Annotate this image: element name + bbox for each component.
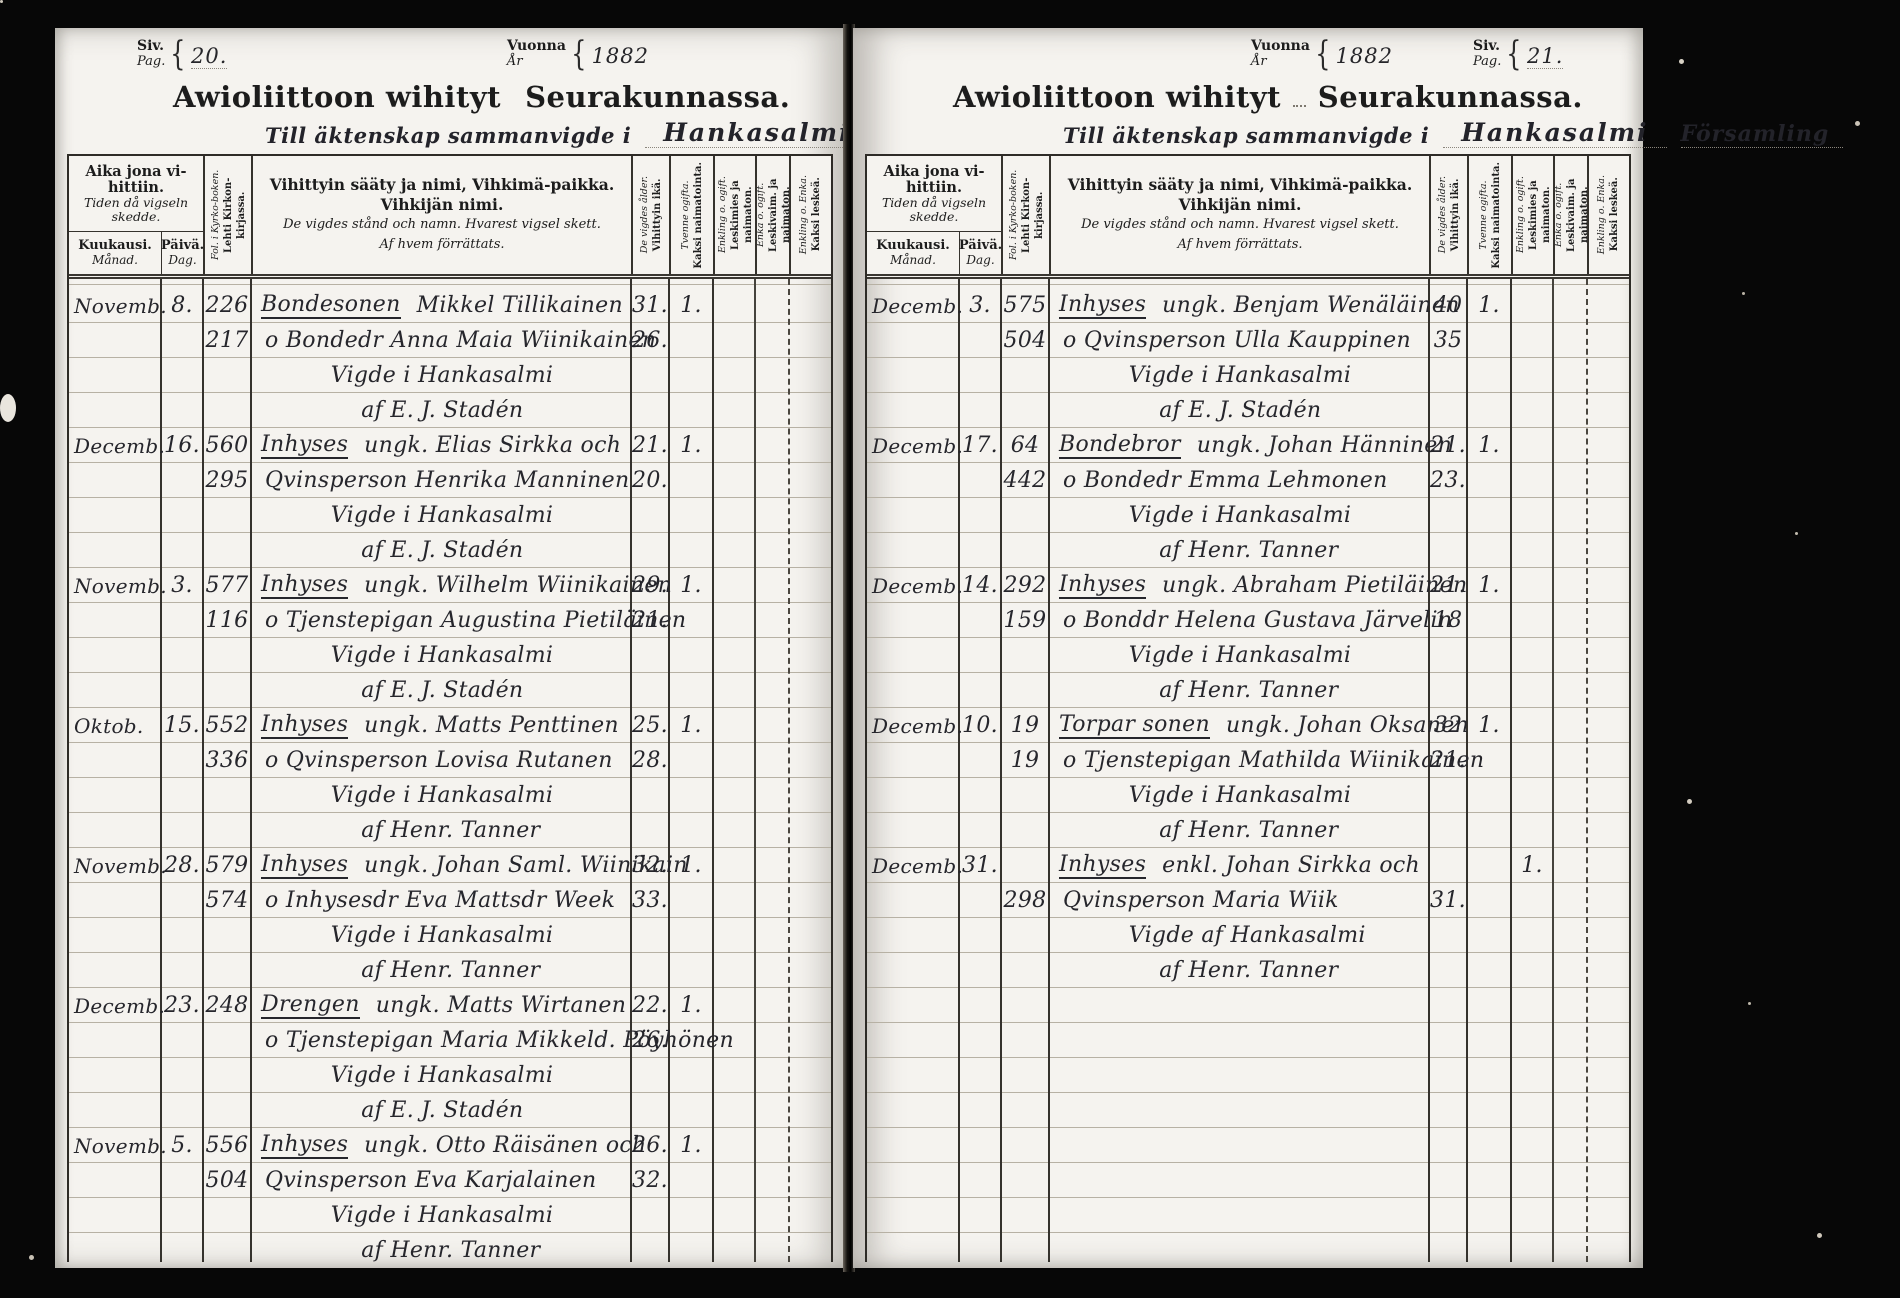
entry-day: 5. [161,1128,203,1163]
col-header-time: Aika jona vi- hittiin. Tiden då vigseln … [867,156,1001,274]
entry-mark-widow-unmarried [755,568,789,603]
entry-mark-widow-unmarried [1553,288,1587,323]
entry-mark-widow-unmarried [1553,848,1587,883]
entry-mark-two-unmarried: 1. [669,708,713,743]
page-title-row: Awioliittoon wihityt Seurakunnassa. [853,76,1643,112]
brace-glyph: { [571,34,586,74]
entry-groom-status: Inhyses [261,712,348,739]
page-title-seurakunnassa: Seurakunnassa. [525,82,790,112]
entry-groom-age: 21. [1429,568,1467,603]
entry-day: 31. [959,848,1001,883]
entry-mark-two-unmarried: 1. [669,288,713,323]
entry-month: Decemb. [867,568,959,603]
entry-mark-two-widowed [789,568,829,603]
entry-folio-groom: 64 [1001,428,1049,463]
page-title-finnish: Awioliittoon wihityt [953,82,1281,112]
marriage-entry: Decemb. 31. Inhyses enkl. Johan Sirkka o… [867,848,1629,988]
col-header-age: De vigdes ålder.Vihittyin ikä. [631,156,669,274]
subtitle-pre: Till äktenskap sammanvigde i [265,123,631,148]
entry-groom-line: Inhyses ungk. Wilhelm Wiinikainen [251,568,631,603]
entry-groom-age: 32. [631,848,669,883]
ar-label: År [1251,54,1310,69]
entry-groom-status: Inhyses [261,852,348,879]
col-header-two-unmarried: Tvenne ogifta.Kaksi naimatointa. [669,156,713,274]
entry-mark-widower-unmarried [713,1128,755,1163]
entry-month: Decemb. [867,708,959,743]
entry-groom-age: 29. [631,568,669,603]
entry-folio-groom: 560 [203,428,251,463]
entry-bride-age: 31. [1429,883,1467,918]
entry-place-line: Vigde i Hankasalmi [251,358,631,393]
marriage-entry: Decemb. 17. 64 Bondebror ungk. Johan Hän… [867,428,1629,568]
entry-place-line: Vigde i Hankasalmi [251,778,631,813]
entry-officiant-line: af E. J. Stadén [1049,393,1429,428]
entry-mark-widower-unmarried [713,848,755,883]
year-block: Vuonna År { 1882 [1251,34,1393,74]
entry-groom-name: ungk. Wilhelm Wiinikainen [364,573,672,598]
entry-bride-line: o Tjenstepigan Maria Mikkeld. Pöyhönen [251,1023,631,1058]
entry-month: Novemb. [69,848,161,883]
table-header: Aika jona vi- hittiin. Tiden då vigseln … [69,156,831,279]
entry-mark-two-unmarried: 1. [669,848,713,883]
brace-glyph: { [1315,34,1330,74]
entry-groom-age: 40 [1429,288,1467,323]
entry-groom-name: ungk. Johan Hänninen [1197,433,1452,458]
entry-mark-widower-unmarried [1511,708,1553,743]
entry-mark-two-unmarried: 1. [1467,568,1511,603]
entry-mark-two-unmarried [1467,848,1511,883]
entry-folio-groom: 575 [1001,288,1049,323]
handwritten-subtitle: Till äktenskap sammanvigde i Hankasalmi … [55,112,845,150]
marriage-entry: Oktob. 15. 552 Inhyses ungk. Matts Pentt… [69,708,831,848]
col-header-day: Päivä.Dag. [959,232,1001,274]
entry-bride-age: 21. [631,603,669,638]
entry-day: 10. [959,708,1001,743]
entry-folio-bride: 116 [203,603,251,638]
entry-bride-age: 33. [631,883,669,918]
entry-folio-groom: 552 [203,708,251,743]
entry-month: Oktob. [69,708,161,743]
entry-groom-line: Torpar sonen ungk. Johan Oksanen [1049,708,1429,743]
entry-mark-widower-unmarried [713,288,755,323]
scan-noise-specks [0,0,3,3]
entry-folio-bride: 574 [203,883,251,918]
entry-month: Novemb. [69,288,161,323]
pag-label: Pag. [1473,54,1501,69]
entry-folio-groom: 292 [1001,568,1049,603]
marriage-table: Aika jona vi- hittiin. Tiden då vigseln … [67,154,833,1262]
brace-glyph: { [171,34,186,74]
col-header-day: Päivä.Dag. [161,232,203,274]
entries-right: Decemb. 3. 575 Inhyses ungk. Benjam Wenä… [867,279,1629,988]
entry-place-line: Vigde af Hankasalmi [1049,918,1429,953]
entry-mark-widow-unmarried [755,988,789,1023]
page-title-seurakunnassa: Seurakunnassa. [1318,82,1583,112]
entry-groom-age [1429,848,1467,883]
year-value: 1882 [592,40,649,68]
entry-officiant-line: af Henr. Tanner [1049,673,1429,708]
col-header-widower-unmarried: Enkling o. ogift.Leskimies ja naimaton. [713,156,755,274]
table-body: Decemb. 3. 575 Inhyses ungk. Benjam Wenä… [867,279,1629,1262]
entry-groom-status: Inhyses [261,1132,348,1159]
entry-day: 8. [161,288,203,323]
entry-officiant-line: af E. J. Stadén [251,533,631,568]
marriage-entry: Decemb. 14. 292 Inhyses ungk. Abraham Pi… [867,568,1629,708]
entry-groom-line: Bondebror ungk. Johan Hänninen [1049,428,1429,463]
entry-bride-age: 26. [631,1023,669,1058]
entry-mark-two-widowed [789,288,829,323]
entry-folio-bride: 159 [1001,603,1049,638]
entry-folio-groom: 579 [203,848,251,883]
entry-groom-name: ungk. Benjam Wenäläinen [1162,293,1459,318]
entry-place-line: Vigde i Hankasalmi [251,918,631,953]
col-header-widow-unmarried: Enka o. ogift.Leskivaim. ja naimaton. [1553,156,1587,274]
entry-groom-name: ungk. Otto Räisänen och [364,1133,646,1158]
entry-folio-groom: 248 [203,988,251,1023]
entry-mark-two-widowed [1587,428,1627,463]
entry-bride-age: 26. [631,323,669,358]
scanned-marriage-register: Siv. Pag. { 20. Vuonna År { 1882 Awiolii… [0,0,1900,1298]
register-page-right: Vuonna År { 1882 Siv. Pag. { 21. Awiolii… [853,28,1643,1268]
entry-mark-widow-unmarried [1553,568,1587,603]
entry-place-line: Vigde i Hankasalmi [251,638,631,673]
entry-groom-name: Mikkel Tillikainen [417,293,623,318]
entry-folio-groom: 19 [1001,708,1049,743]
entry-month: Decemb. [867,288,959,323]
year-block: Vuonna År { 1882 [507,34,649,74]
entry-month: Decemb. [69,428,161,463]
entry-place-line: Vigde i Hankasalmi [1049,778,1429,813]
subtitle-pre: Till äktenskap sammanvigde i [1063,123,1429,148]
marriage-entry: Decemb. 3. 575 Inhyses ungk. Benjam Wenä… [867,288,1629,428]
entry-officiant-line: af Henr. Tanner [251,1233,631,1262]
siv-label: Siv. [1473,39,1501,54]
entry-groom-status: Inhyses [1059,292,1146,319]
entry-place-line: Vigde i Hankasalmi [1049,638,1429,673]
page-number-value: 20. [191,40,227,69]
entry-mark-two-widowed [789,988,829,1023]
entry-folio-groom [1001,848,1049,883]
entry-groom-line: Inhyses ungk. Abraham Pietiläinen [1049,568,1429,603]
entry-groom-name: ungk. Abraham Pietiläinen [1162,573,1467,598]
col-header-two-widowed: Enkling o. Enka.Kaksi leskeä. [1587,156,1627,274]
entry-mark-two-unmarried: 1. [1467,288,1511,323]
entry-groom-line: Inhyses ungk. Johan Saml. Wiinikain [251,848,631,883]
col-header-names: Vihittyin sääty ja nimi, Vihkimä-paikka.… [251,156,631,274]
entry-day: 28. [161,848,203,883]
entry-groom-line: Inhyses ungk. Benjam Wenäläinen [1049,288,1429,323]
entry-day: 3. [161,568,203,603]
entry-bride-line: Qvinsperson Maria Wiik [1049,883,1429,918]
entry-groom-status: Torpar sonen [1059,712,1210,739]
entry-mark-widow-unmarried [755,848,789,883]
entry-month: Decemb. [867,848,959,883]
entries-left: Novemb. 8. 226 Bondesonen Mikkel Tillika… [69,279,831,1262]
entry-bride-line: Qvinsperson Henrika Manninen [251,463,631,498]
entry-bride-line: o Tjenstepigan Mathilda Wiinikainen [1049,743,1429,778]
entry-mark-widower-unmarried [713,428,755,463]
vuonna-label: Vuonna [1251,39,1310,54]
entry-day: 15. [161,708,203,743]
year-value: 1882 [1336,40,1393,68]
entry-groom-name: enkl. Johan Sirkka och [1162,853,1420,878]
entry-mark-two-unmarried: 1. [669,1128,713,1163]
entry-bride-age: 28. [631,743,669,778]
entry-mark-two-widowed [789,1128,829,1163]
col-header-widower-unmarried: Enkling o. ogift.Leskimies ja naimaton. [1511,156,1553,274]
entry-mark-widow-unmarried [755,1128,789,1163]
entry-folio-bride: 336 [203,743,251,778]
entry-mark-widow-unmarried [755,288,789,323]
subtitle-post: Församling [1681,121,1844,148]
entry-bride-age: 32. [631,1163,669,1198]
entry-officiant-line: af Henr. Tanner [1049,533,1429,568]
col-header-folio: Fol. i Kyrko-boken.Lehti Kirkon-kirjassa… [203,156,251,274]
entry-day: 17. [959,428,1001,463]
entry-mark-two-unmarried: 1. [1467,428,1511,463]
entry-mark-widower-unmarried [713,708,755,743]
entry-month: Novemb. [69,568,161,603]
entry-folio-bride: 298 [1001,883,1049,918]
entry-folio-groom: 556 [203,1128,251,1163]
entry-groom-line: Inhyses ungk. Elias Sirkka och [251,428,631,463]
entry-folio-bride: 442 [1001,463,1049,498]
entry-groom-status: Inhyses [1059,852,1146,879]
entry-groom-age: 25. [631,708,669,743]
page-header-right: Vuonna År { 1882 Siv. Pag. { 21. [853,28,1643,76]
entry-bride-line: o Bonddr Helena Gustava Järvelin [1049,603,1429,638]
marriage-entry: Decemb. 16. 560 Inhyses ungk. Elias Sirk… [69,428,831,568]
entry-officiant-line: af E. J. Stadén [251,1093,631,1128]
siv-label: Siv. [137,39,165,54]
entry-place-line: Vigde i Hankasalmi [1049,498,1429,533]
entry-month: Decemb. [69,988,161,1023]
entry-mark-widower-unmarried [1511,288,1553,323]
entry-groom-name: ungk. Elias Sirkka och [364,433,621,458]
entry-groom-age: 26. [631,1128,669,1163]
entry-place-line: Vigde i Hankasalmi [251,498,631,533]
entry-mark-widow-unmarried [1553,428,1587,463]
entry-officiant-line: af Henr. Tanner [1049,813,1429,848]
col-header-month: Kuukausi.Månad. [69,232,161,274]
entry-groom-status: Drengen [261,992,360,1019]
entry-folio-bride: 504 [1001,323,1049,358]
entry-bride-age: 18 [1429,603,1467,638]
entry-folio-groom: 577 [203,568,251,603]
page-number-block: Siv. Pag. { 21. [1473,34,1563,74]
entry-bride-line: o Inhysesdr Eva Mattsdr Week [251,883,631,918]
marriage-entry: Novemb. 3. 577 Inhyses ungk. Wilhelm Wii… [69,568,831,708]
entry-groom-line: Inhyses enkl. Johan Sirkka och [1049,848,1429,883]
entry-officiant-line: af E. J. Stadén [251,673,631,708]
subtitle-parish-name: Hankasalmi [1443,118,1666,148]
pag-label: Pag. [137,54,165,69]
subtitle-parish-name: Hankasalmi [645,118,868,148]
col-header-folio: Fol. i Kyrko-boken.Lehti Kirkon-kirjassa… [1001,156,1049,274]
entry-groom-line: Bondesonen Mikkel Tillikainen [251,288,631,323]
col-header-two-widowed: Enkling o. Enka.Kaksi leskeä. [789,156,829,274]
entry-officiant-line: af Henr. Tanner [251,953,631,988]
entry-bride-line: o Bondedr Emma Lehmonen [1049,463,1429,498]
marriage-entry: Decemb. 10. 19 Torpar sonen ungk. Johan … [867,708,1629,848]
entry-folio-bride: 19 [1001,743,1049,778]
entry-bride-line: o Tjenstepigan Augustina Pietiläinen [251,603,631,638]
entry-day: 14. [959,568,1001,603]
entry-bride-age: 21. [1429,743,1467,778]
entry-mark-two-widowed [1587,848,1627,883]
entry-groom-age: 31. [631,288,669,323]
entry-groom-line: Drengen ungk. Matts Wirtanen [251,988,631,1023]
entry-mark-widow-unmarried [755,428,789,463]
entry-groom-status: Inhyses [261,572,348,599]
marriage-entry: Novemb. 8. 226 Bondesonen Mikkel Tillika… [69,288,831,428]
entry-bride-line: o Qvinsperson Ulla Kauppinen [1049,323,1429,358]
entry-officiant-line: af Henr. Tanner [1049,953,1429,988]
entry-mark-two-unmarried: 1. [669,428,713,463]
entry-mark-widower-unmarried [713,988,755,1023]
page-number-value: 21. [1527,40,1563,69]
entry-mark-widower-unmarried [1511,428,1553,463]
col-header-widow-unmarried: Enka o. ogift.Leskivaim. ja naimaton. [755,156,789,274]
entry-bride-age: 35 [1429,323,1467,358]
table-body: Novemb. 8. 226 Bondesonen Mikkel Tillika… [69,279,831,1262]
entry-mark-two-widowed [789,428,829,463]
marriage-entry: Decemb. 23. 248 Drengen ungk. Matts Wirt… [69,988,831,1128]
marriage-entry: Novemb. 5. 556 Inhyses ungk. Otto Räisän… [69,1128,831,1262]
entry-day: 16. [161,428,203,463]
dotted-leader [1293,105,1306,107]
table-header: Aika jona vi- hittiin. Tiden då vigseln … [867,156,1629,279]
entry-folio-bride: 217 [203,323,251,358]
entry-groom-line: Inhyses ungk. Matts Penttinen [251,708,631,743]
col-header-names: Vihittyin sääty ja nimi, Vihkimä-paikka.… [1049,156,1429,274]
register-page-left: Siv. Pag. { 20. Vuonna År { 1882 Awiolii… [55,28,845,1268]
entry-mark-two-widowed [1587,708,1627,743]
entry-mark-two-unmarried: 1. [669,988,713,1023]
entry-mark-two-unmarried: 1. [669,568,713,603]
entry-groom-age: 21. [1429,428,1467,463]
entry-bride-line: Qvinsperson Eva Karjalainen [251,1163,631,1198]
col-header-month: Kuukausi.Månad. [867,232,959,274]
entry-groom-age: 21. [631,428,669,463]
entry-groom-status: Inhyses [1059,572,1146,599]
entry-groom-line: Inhyses ungk. Otto Räisänen och [251,1128,631,1163]
scan-edge-blob [0,394,16,422]
brace-glyph: { [1507,34,1522,74]
page-title-row: Awioliittoon wihityt Seurakunnassa. [55,76,845,112]
entry-folio-groom: 226 [203,288,251,323]
entry-mark-two-unmarried: 1. [1467,708,1511,743]
ar-label: År [507,54,566,69]
entry-mark-widower-unmarried: 1. [1511,848,1553,883]
entry-folio-bride: 295 [203,463,251,498]
entry-folio-bride [203,1023,251,1058]
entry-place-line: Vigde i Hankasalmi [251,1058,631,1093]
marriage-entry: Novemb. 28. 579 Inhyses ungk. Johan Saml… [69,848,831,988]
entry-bride-age: 23. [1429,463,1467,498]
entry-bride-age: 20. [631,463,669,498]
entry-mark-widow-unmarried [1553,708,1587,743]
entry-mark-widower-unmarried [1511,568,1553,603]
entry-officiant-line: af E. J. Stadén [251,393,631,428]
handwritten-subtitle: Till äktenskap sammanvigde i Hankasalmi … [853,112,1643,150]
entry-mark-two-widowed [789,708,829,743]
col-header-age: De vigdes ålder.Vihittyin ikä. [1429,156,1467,274]
entry-place-line: Vigde i Hankasalmi [1049,358,1429,393]
entry-place-line: Vigde i Hankasalmi [251,1198,631,1233]
page-number-block: Siv. Pag. { 20. [137,34,227,74]
entry-month: Novemb. [69,1128,161,1163]
entry-mark-two-widowed [1587,568,1627,603]
entry-bride-line: o Bondedr Anna Maia Wiinikainen [251,323,631,358]
entry-mark-widow-unmarried [755,708,789,743]
entry-mark-two-widowed [789,848,829,883]
page-header-left: Siv. Pag. { 20. Vuonna År { 1882 [55,28,845,76]
col-header-time: Aika jona vi- hittiin. Tiden då vigseln … [69,156,203,274]
entry-officiant-line: af Henr. Tanner [251,813,631,848]
page-title-finnish: Awioliittoon wihityt [173,82,501,112]
col-header-two-unmarried: Tvenne ogifta.Kaksi naimatointa. [1467,156,1511,274]
entry-day: 23. [161,988,203,1023]
entry-groom-age: 22. [631,988,669,1023]
entry-groom-status: Bondebror [1059,432,1181,459]
entry-groom-age: 32 [1429,708,1467,743]
entry-bride-line: o Qvinsperson Lovisa Rutanen [251,743,631,778]
entry-groom-name: ungk. Matts Wirtanen [376,993,626,1018]
entry-groom-status: Inhyses [261,432,348,459]
vuonna-label: Vuonna [507,39,566,54]
entry-mark-widower-unmarried [713,568,755,603]
entry-month: Decemb. [867,428,959,463]
entry-day: 3. [959,288,1001,323]
entry-folio-bride: 504 [203,1163,251,1198]
entry-groom-name: ungk. Matts Penttinen [364,713,619,738]
entry-groom-status: Bondesonen [261,292,401,319]
marriage-table: Aika jona vi- hittiin. Tiden då vigseln … [865,154,1631,1262]
entry-mark-two-widowed [1587,288,1627,323]
